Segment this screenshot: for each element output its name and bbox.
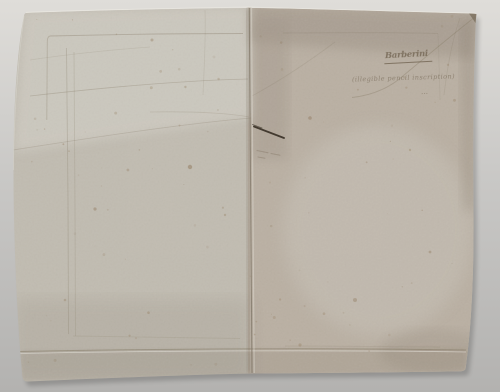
paper-grain — [13, 6, 478, 384]
document-photo-canvas — [0, 0, 500, 392]
paper-surface — [13, 0, 490, 392]
photo-of-document: Barberini (illegible pencil inscription)… — [0, 0, 500, 392]
